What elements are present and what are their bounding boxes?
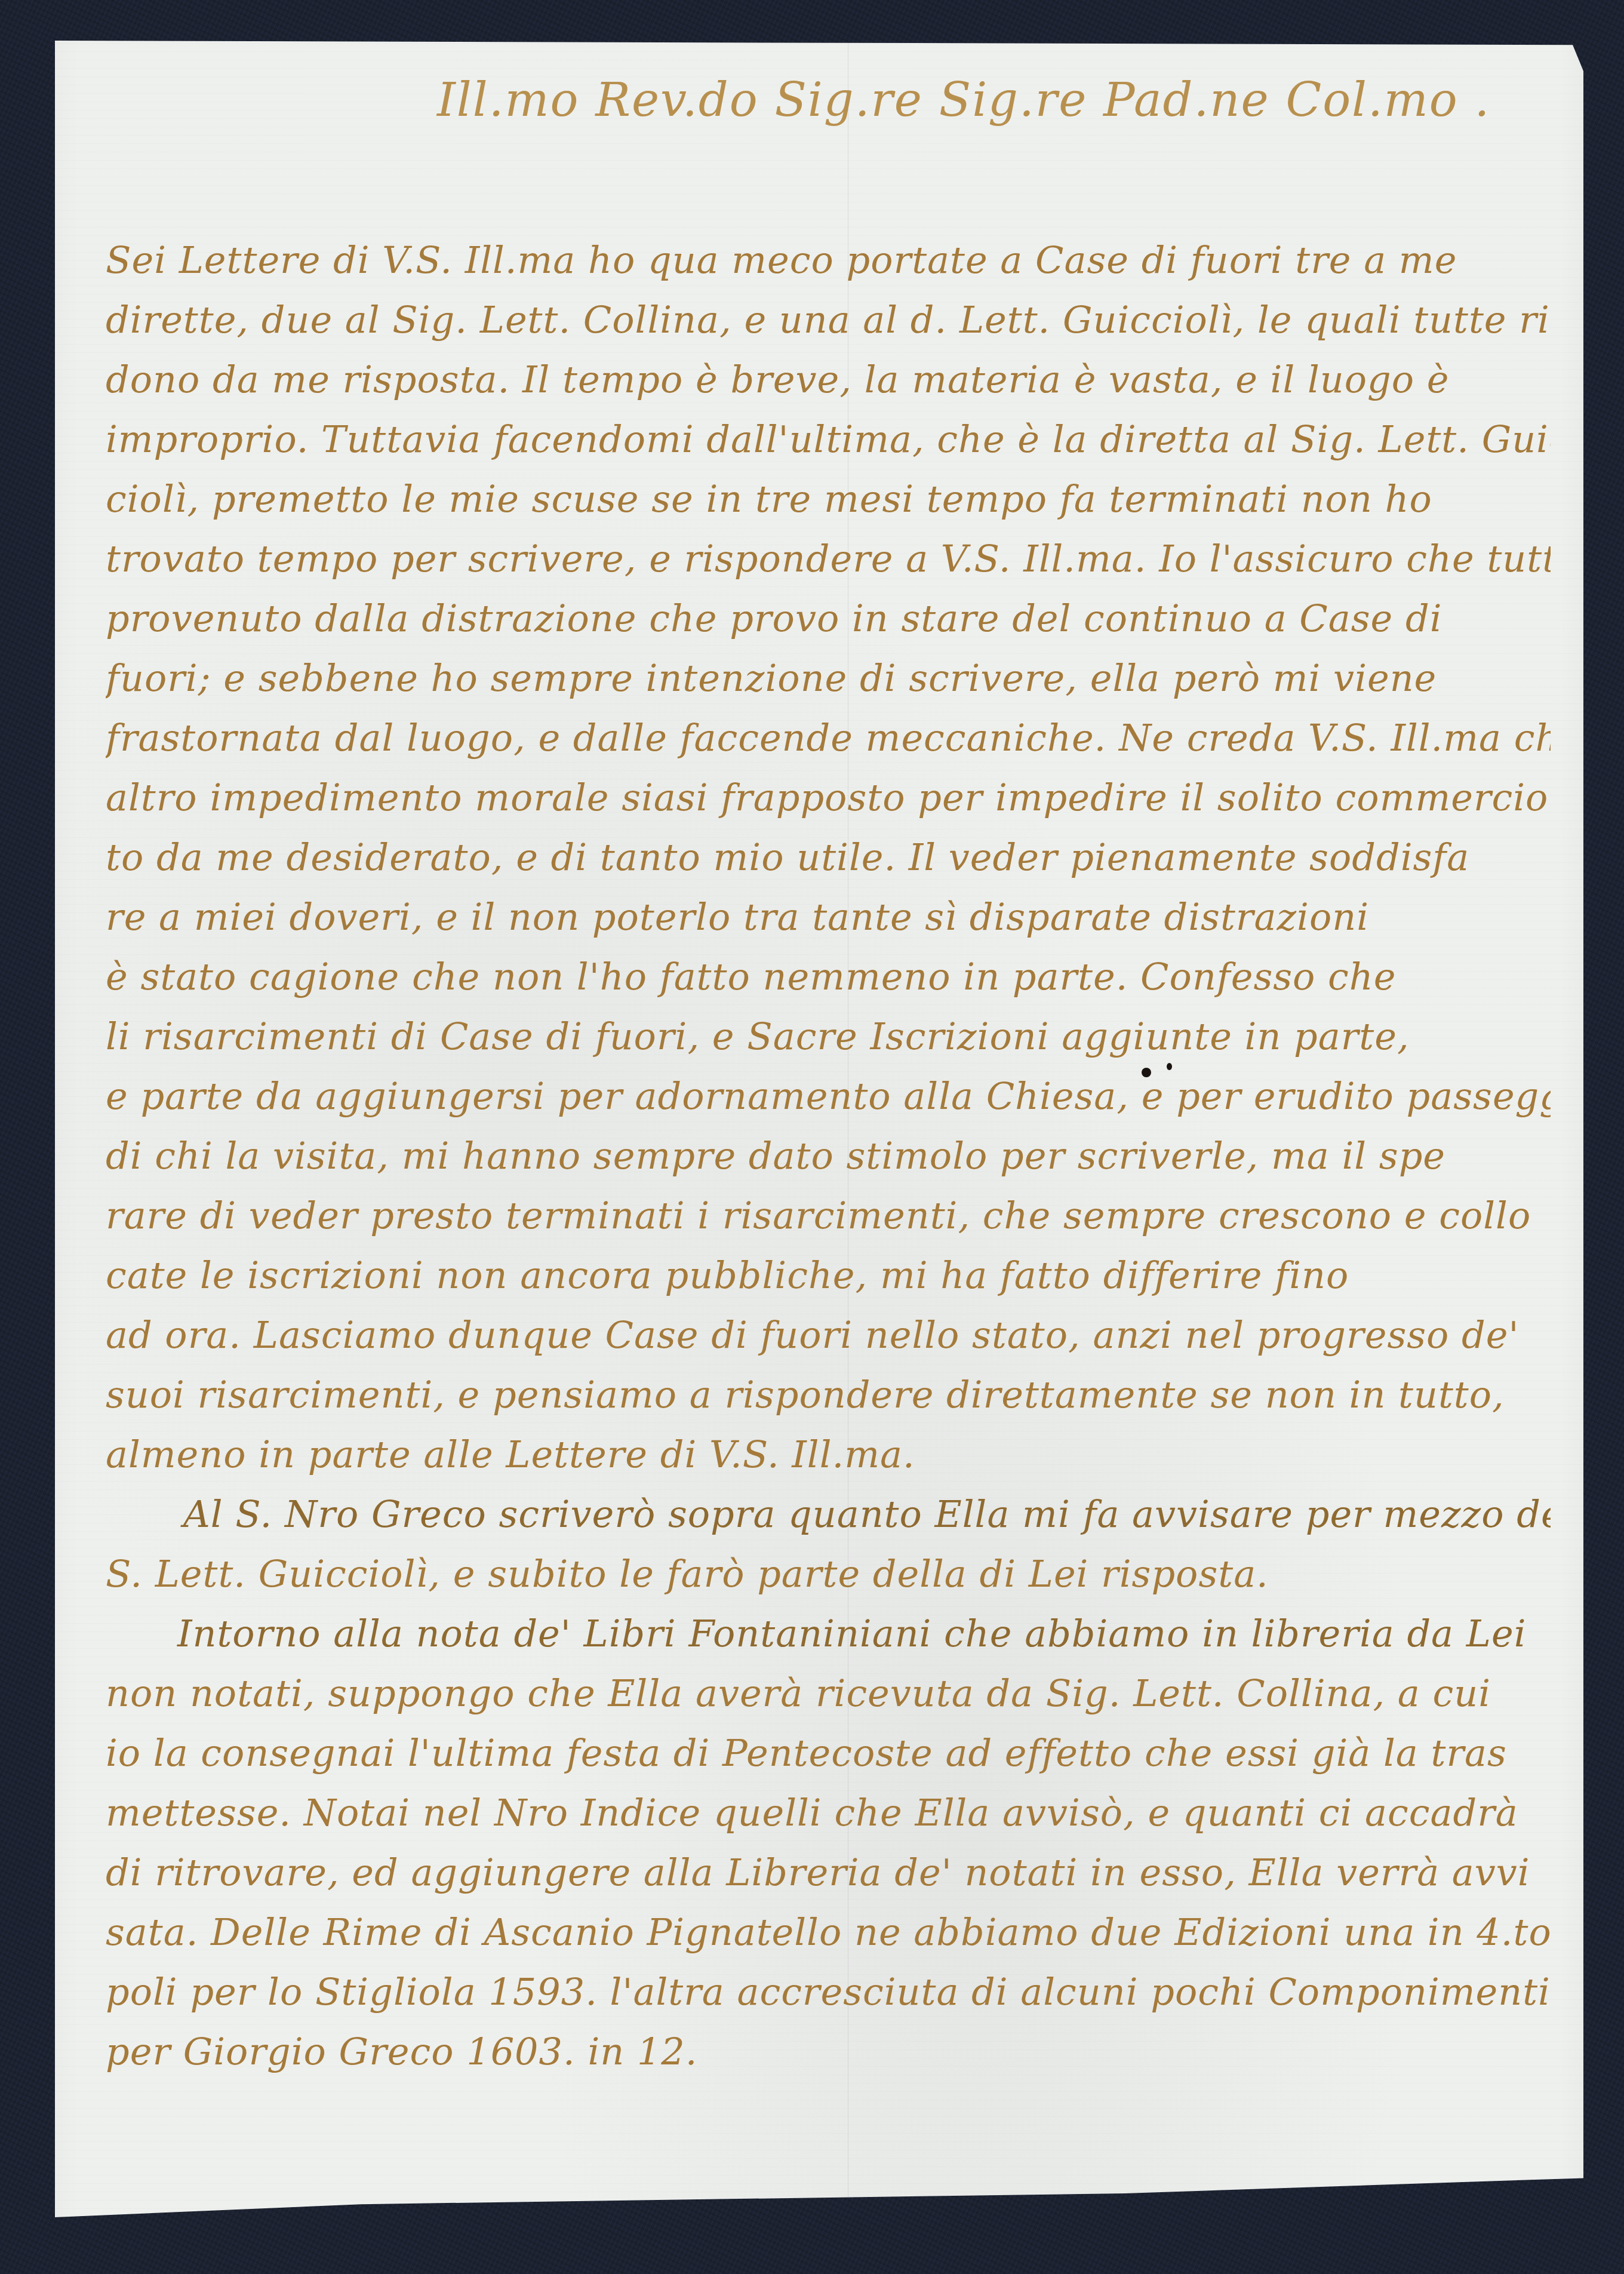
letter-line: frastornata dal luogo, e dalle faccende …: [106, 708, 1551, 768]
letter-line: to da me desiderato, e di tanto mio util…: [106, 828, 1551, 887]
letter-line: Sei Lettere di V.S. Ill.ma ho qua meco p…: [106, 231, 1551, 290]
letter-line: non notati, suppongo che Ella averà rice…: [106, 1664, 1551, 1723]
letter-line: rare di veder presto terminati i risarci…: [106, 1186, 1551, 1246]
letter-sheet: Ill.mo Rev.do Sig.re Sig.re Pad.ne Col.m…: [55, 41, 1583, 2217]
letter-line: altro impedimento morale siasi frapposto…: [106, 768, 1551, 828]
letter-salutation: Ill.mo Rev.do Sig.re Sig.re Pad.ne Col.m…: [437, 73, 1490, 127]
letter-line: è stato cagione che non l'ho fatto nemme…: [106, 947, 1551, 1007]
letter-line: poli per lo Stigliola 1593. l'altra accr…: [106, 1962, 1551, 2022]
letter-line: cate le iscrizioni non ancora pubbliche,…: [106, 1246, 1551, 1305]
letter-line-paragraph-start: Al S. Nro Greco scriverò sopra quanto El…: [106, 1485, 1551, 1544]
letter-line: S. Lett. Guicciolì, e subito le farò par…: [106, 1544, 1551, 1604]
letter-line-paragraph-start: Intorno alla nota de' Libri Fontaniniani…: [106, 1604, 1551, 1664]
letter-line: trovato tempo per scrivere, e rispondere…: [106, 529, 1551, 589]
letter-line: e parte da aggiungersi per adornamento a…: [106, 1067, 1551, 1126]
letter-line: di ritrovare, ed aggiungere alla Libreri…: [106, 1843, 1551, 1903]
letter-line: mettesse. Notai nel Nro Indice quelli ch…: [106, 1783, 1551, 1843]
letter-line: dono da me risposta. Il tempo è breve, l…: [106, 350, 1551, 410]
letter-line: dirette, due al Sig. Lett. Collina, e un…: [106, 290, 1551, 350]
letter-line: re a miei doveri, e il non poterlo tra t…: [106, 887, 1551, 947]
letter-line: sata. Delle Rime di Ascanio Pignatello n…: [106, 1903, 1551, 1962]
letter-line: li risarcimenti di Case di fuori, e Sacr…: [106, 1007, 1551, 1067]
letter-line: di chi la visita, mi hanno sempre dato s…: [106, 1126, 1551, 1186]
letter-line: provenuto dalla distrazione che provo in…: [106, 589, 1551, 649]
letter-line: per Giorgio Greco 1603. in 12.: [106, 2022, 1551, 2082]
letter-line: ad ora. Lasciamo dunque Case di fuori ne…: [106, 1305, 1551, 1365]
letter-line: almeno in parte alle Lettere di V.S. Ill…: [106, 1425, 1551, 1485]
ink-blot: [1142, 1068, 1151, 1077]
letter-line: suoi risarcimenti, e pensiamo a risponde…: [106, 1365, 1551, 1425]
letter-body: Sei Lettere di V.S. Ill.ma ho qua meco p…: [106, 231, 1551, 2082]
letter-line: fuori; e sebbene ho sempre intenzione di…: [106, 649, 1551, 708]
letter-line: io la consegnai l'ultima festa di Pentec…: [106, 1723, 1551, 1783]
ink-blot: [1167, 1063, 1172, 1070]
letter-line: ciolì, premetto le mie scuse se in tre m…: [106, 469, 1551, 529]
letter-line: improprio. Tuttavia facendomi dall'ultim…: [106, 410, 1551, 469]
